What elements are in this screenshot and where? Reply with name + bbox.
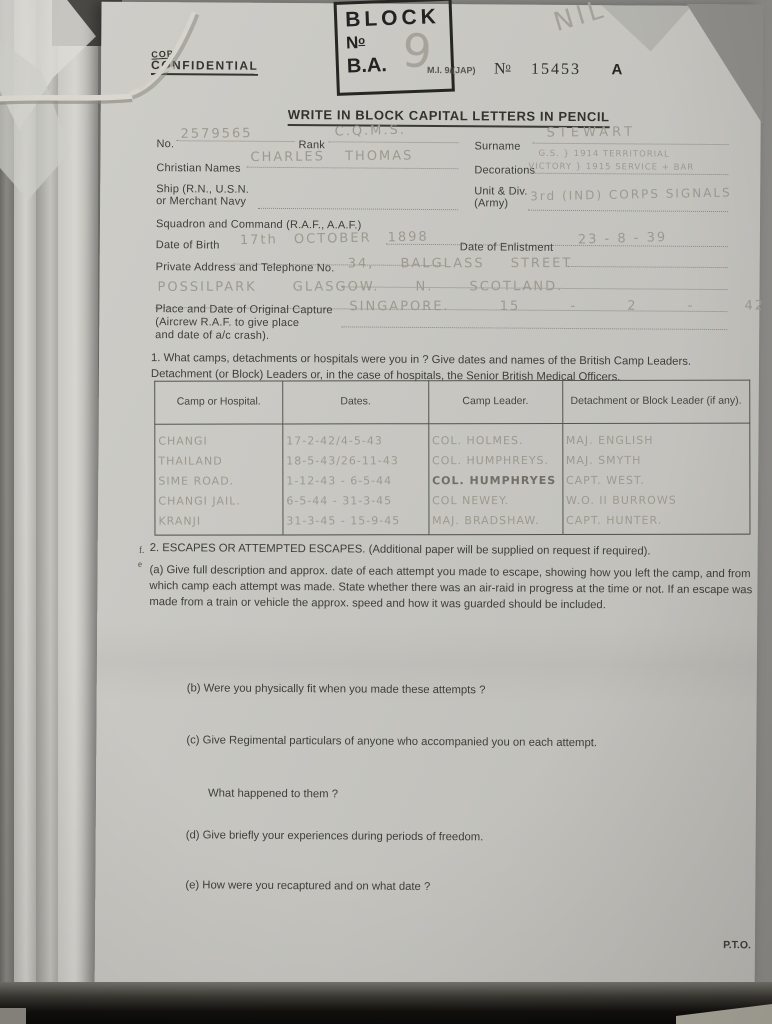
date-of-birth-label: Date of Birth (156, 239, 220, 251)
camp-leader: COL. HUMPHRYES (429, 470, 563, 490)
capture-value: SINGAPORE. 15 - 2 - 42 (349, 299, 765, 315)
squadron-label: Squadron and Command (R.A.F., A.A.F.) (156, 218, 362, 231)
camp-name: THAILAND (155, 450, 283, 470)
detachment-leader: CAPT. WEST. (562, 470, 749, 490)
camp-name: KRANJI (155, 510, 283, 535)
col-detachment-leader: Detachment or Block Leader (if any). (562, 380, 750, 423)
camp-name: SIME ROAD. (155, 470, 283, 490)
serial-number: 15453 (531, 61, 581, 78)
pow-questionnaire-sheet: COP CONFIDENTIAL BLOCK No B.A. 9 M.I. 9/… (94, 2, 761, 1015)
question-2d-text: (d) Give briefly your experiences during… (186, 827, 726, 847)
capture-label-line2: (Aircrew R.A.F. to give place (155, 316, 299, 329)
table-row: CHANGI 17-2-42/4-5-43 COL. HOLMES. MAJ. … (155, 423, 750, 451)
camp-dates: 17-2-42/4-5-43 (283, 424, 429, 451)
rank-value: C.Q.M.S. (334, 123, 406, 140)
col-camp-leader: Camp Leader. (428, 380, 562, 423)
date-of-birth-value: 17th OCTOBER 1898 (240, 230, 429, 249)
enlistment-label: Date of Enlistment (460, 241, 554, 254)
address-label: Private Address and Telephone No. (156, 261, 335, 274)
address-value-line1: 34, BALGLASS STREET (348, 256, 573, 271)
col-dates: Dates. (283, 381, 429, 424)
table-row: KRANJI 31-3-45 - 15-9-45 MAJ. BRADSHAW. … (155, 510, 750, 536)
photo-bottom-shadow (0, 982, 772, 1024)
surname-label: Surname (474, 140, 520, 152)
table-row: SIME ROAD. 1-12-43 - 6-5-44 COL. HUMPHRY… (155, 470, 750, 491)
pto-label: P.T.O. (655, 939, 751, 952)
file-reference-line: M.I. 9/(JAP) No 15453 A (427, 60, 622, 79)
table-surface-corner (0, 1008, 26, 1024)
no-label: No (494, 60, 511, 77)
decorations-label: Decorations (474, 164, 535, 176)
ship-label-line2: or Merchant Navy (156, 195, 246, 208)
camps-table: Camp or Hospital. Dates. Camp Leader. De… (154, 380, 750, 536)
christian-names-value: CHARLES THOMAS (250, 148, 413, 165)
camps-table-header-row: Camp or Hospital. Dates. Camp Leader. De… (155, 380, 750, 424)
question-2e-text: (e) How were you recaptured and on what … (185, 877, 725, 897)
block-number-stamp: BLOCK No B.A. 9 (334, 0, 455, 96)
capture-label-line1: Place and Date of Original Capture (155, 303, 332, 316)
margin-mark: f. (139, 545, 144, 555)
camp-name: CHANGI JAIL. (155, 490, 283, 510)
camp-dates: 1-12-43 - 6-5-44 (283, 470, 429, 490)
camp-leader: COL NEWEY. (429, 490, 563, 510)
capture-label-line3: and date of a/c crash). (155, 329, 269, 342)
mi9-jap-label: M.I. 9/(JAP) (427, 65, 476, 75)
margin-mark: e (138, 559, 142, 569)
detachment-leader: MAJ. SMYTH (562, 450, 749, 470)
question-2a-text: (a) Give full description and approx. da… (149, 562, 753, 614)
no-label: No. (156, 138, 174, 150)
camp-leader: COL. HOLMES. (428, 423, 562, 450)
confidential-label: CONFIDENTIAL (151, 58, 258, 76)
enlistment-value: 23 - 8 - 39 (578, 230, 668, 247)
col-camp-or-hospital: Camp or Hospital. (155, 381, 283, 424)
address-value-line2: POSSILPARK GLASGOW. N. SCOTLAND. (158, 279, 564, 295)
ship-label-line1: Ship (R.N., U.S.N. (156, 183, 249, 196)
series-letter: A (611, 61, 622, 78)
unit-div-label-line2: (Army) (474, 197, 508, 209)
camp-name: CHANGI (155, 424, 283, 451)
copy-label: COP (151, 43, 259, 60)
camp-dates: 6-5-44 - 31-3-45 (283, 490, 429, 510)
question-2c-text: (c) Give Regimental particulars of anyon… (186, 732, 726, 752)
unit-div-label-line1: Unit & Div. (474, 185, 527, 197)
question-2-heading: 2. ESCAPES OR ATTEMPTED ESCAPES. (Additi… (150, 540, 750, 560)
camp-dates: 18-5-43/26-11-43 (283, 450, 429, 470)
question-2c-followup-text: What happened to them ? (208, 785, 608, 804)
confidential-marking: COP CONFIDENTIAL (151, 46, 259, 76)
detachment-leader: CAPT. HUNTER. (563, 510, 750, 535)
handwritten-nil-note: NIL (550, 0, 610, 38)
service-number-value: 2579565 (181, 126, 253, 142)
surname-value: STEWART (547, 125, 637, 141)
detachment-leader: MAJ. ENGLISH (562, 423, 749, 450)
camp-leader: MAJ. BRADSHAW. (429, 510, 563, 535)
detachment-leader: W.O. II BURROWS (562, 490, 749, 510)
christian-names-label: Christian Names (156, 162, 240, 175)
table-row: THAILAND 18-5-43/26-11-43 COL. HUMPHREYS… (155, 450, 750, 471)
table-row: CHANGI JAIL. 6-5-44 - 31-3-45 COL NEWEY.… (155, 490, 750, 511)
camp-dates: 31-3-45 - 15-9-45 (283, 510, 429, 535)
torn-top-edge (601, 5, 691, 52)
camp-leader: COL. HUMPHREYS. (429, 450, 563, 470)
photo-of-document: COP CONFIDENTIAL BLOCK No B.A. 9 M.I. 9/… (0, 0, 772, 1024)
